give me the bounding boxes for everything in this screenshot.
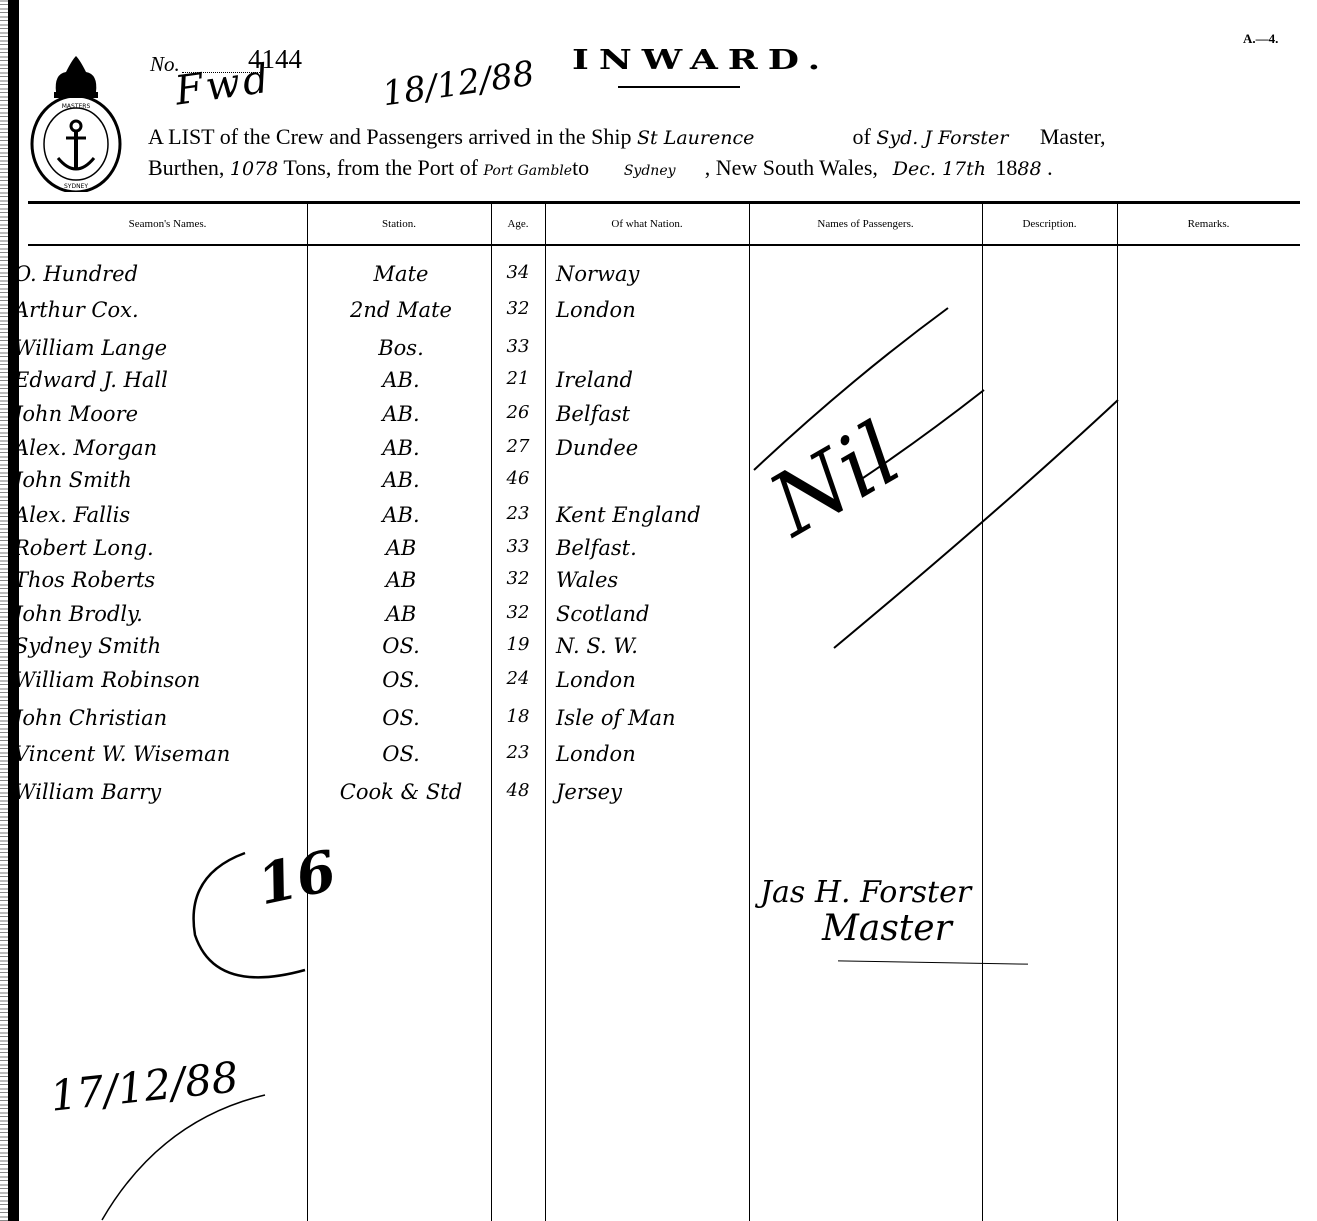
nation: Norway bbox=[556, 262, 639, 286]
seaman-name: Edward J. Hall bbox=[14, 368, 168, 392]
header-line-2: Burthen, 1078 Tons, from the Port of Por… bbox=[148, 155, 1053, 181]
age: 33 bbox=[494, 536, 542, 557]
table-top-rule bbox=[28, 201, 1300, 204]
nation: Isle of Man bbox=[556, 706, 676, 730]
age: 19 bbox=[494, 634, 542, 655]
column-divider bbox=[545, 203, 546, 1221]
station: AB. bbox=[312, 436, 490, 460]
seaman-name: O. Hundred bbox=[14, 262, 138, 286]
year-prefix: 18 bbox=[995, 155, 1017, 180]
seaman-name: William Barry bbox=[14, 780, 161, 804]
nation: Belfast. bbox=[556, 536, 637, 560]
nation: London bbox=[556, 742, 636, 766]
handwritten-stamp-date: 18/12/88 bbox=[380, 54, 537, 115]
age: 27 bbox=[494, 436, 542, 457]
handwritten-initials: Fwd bbox=[172, 56, 274, 115]
station: OS. bbox=[312, 634, 490, 658]
nation: London bbox=[556, 668, 636, 692]
master-label: Master, bbox=[1040, 124, 1106, 149]
column-divider bbox=[307, 203, 308, 1221]
arrival-date: Dec. 17th bbox=[883, 158, 995, 180]
seaman-name: John Smith bbox=[14, 468, 132, 492]
seaman-name: John Brodly. bbox=[14, 602, 143, 626]
shipping-masters-crest-icon: MASTERS SYDNEY bbox=[28, 52, 124, 192]
of-label: of bbox=[853, 124, 871, 149]
nation: Wales bbox=[556, 568, 618, 592]
station: Bos. bbox=[312, 336, 490, 360]
col-header-station: Station. bbox=[307, 218, 491, 230]
station: OS. bbox=[312, 668, 490, 692]
station: AB bbox=[312, 602, 490, 626]
nation: Dundee bbox=[556, 436, 638, 460]
document-title: INWARD. bbox=[572, 44, 830, 76]
col-header-passengers: Names of Passengers. bbox=[749, 218, 982, 230]
station: AB. bbox=[312, 468, 490, 492]
seaman-name: John Christian bbox=[14, 706, 167, 730]
station: AB. bbox=[312, 368, 490, 392]
tons-label: Tons, from the Port of bbox=[283, 155, 478, 180]
col-header-description: Description. bbox=[982, 218, 1117, 230]
master-signature-title: Master bbox=[822, 908, 952, 949]
age: 26 bbox=[494, 402, 542, 423]
seaman-name: Vincent W. Wiseman bbox=[14, 742, 230, 766]
column-divider bbox=[491, 203, 492, 1221]
station: OS. bbox=[312, 706, 490, 730]
col-header-age: Age. bbox=[491, 218, 545, 230]
form-code: A.—4. bbox=[1243, 31, 1278, 47]
seaman-name: Thos Roberts bbox=[14, 568, 155, 592]
from-port: Port Gamble bbox=[483, 163, 572, 179]
station: AB bbox=[312, 568, 490, 592]
title-underline bbox=[618, 86, 740, 88]
svg-text:SYDNEY: SYDNEY bbox=[64, 183, 88, 190]
to-label: to bbox=[572, 155, 589, 180]
nation: Jersey bbox=[556, 780, 622, 804]
station: Cook & Std bbox=[312, 780, 490, 804]
age: 32 bbox=[494, 602, 542, 623]
burthen-value: 1078 bbox=[230, 158, 278, 180]
seaman-name: Arthur Cox. bbox=[14, 298, 139, 322]
svg-text:MASTERS: MASTERS bbox=[62, 103, 91, 110]
nation: Belfast bbox=[556, 402, 630, 426]
age: 32 bbox=[494, 298, 542, 319]
master-name: Syd. J Forster bbox=[876, 127, 1034, 149]
station: 2nd Mate bbox=[312, 298, 490, 322]
nation: N. S. W. bbox=[556, 634, 638, 658]
station: AB. bbox=[312, 503, 490, 527]
burthen-label: Burthen, bbox=[148, 155, 224, 180]
seaman-name: William Lange bbox=[14, 336, 167, 360]
station: AB bbox=[312, 536, 490, 560]
line-end: . bbox=[1047, 155, 1053, 180]
nation: Scotland bbox=[556, 602, 649, 626]
age: 21 bbox=[494, 368, 542, 389]
seaman-name: William Robinson bbox=[14, 668, 200, 692]
age: 23 bbox=[494, 742, 542, 763]
scan-edge-noise bbox=[0, 0, 8, 1221]
seaman-name: Robert Long. bbox=[14, 536, 154, 560]
year-suffix: 88 bbox=[1017, 158, 1041, 180]
nation: Ireland bbox=[556, 368, 633, 392]
seaman-name: Sydney Smith bbox=[14, 634, 161, 658]
age: 46 bbox=[494, 468, 542, 489]
station: AB. bbox=[312, 402, 490, 426]
age: 24 bbox=[494, 668, 542, 689]
header-line1-prefix: A LIST of the Crew and Passengers arrive… bbox=[148, 124, 632, 149]
age: 23 bbox=[494, 503, 542, 524]
nsw-label: , New South Wales, bbox=[705, 155, 878, 180]
to-port: Sydney bbox=[595, 163, 705, 179]
seaman-name: Alex. Morgan bbox=[14, 436, 157, 460]
col-header-seamen-names: Seamon's Names. bbox=[28, 218, 307, 230]
master-signature: Jas H. Forster bbox=[760, 875, 971, 910]
age: 34 bbox=[494, 262, 542, 283]
seaman-name: John Moore bbox=[14, 402, 138, 426]
signature-underline bbox=[838, 960, 1028, 964]
header-line-1: A LIST of the Crew and Passengers arrive… bbox=[148, 124, 1106, 150]
age: 32 bbox=[494, 568, 542, 589]
nation: London bbox=[556, 298, 636, 322]
age: 48 bbox=[494, 780, 542, 801]
age: 18 bbox=[494, 706, 542, 727]
station: Mate bbox=[312, 262, 490, 286]
station: OS. bbox=[312, 742, 490, 766]
ship-name: St Laurence bbox=[637, 127, 847, 149]
age: 33 bbox=[494, 336, 542, 357]
col-header-nation: Of what Nation. bbox=[545, 218, 749, 230]
seaman-name: Alex. Fallis bbox=[14, 503, 130, 527]
col-header-remarks: Remarks. bbox=[1117, 218, 1300, 230]
table-header-rule bbox=[28, 244, 1300, 246]
nation: Kent England bbox=[556, 503, 701, 527]
